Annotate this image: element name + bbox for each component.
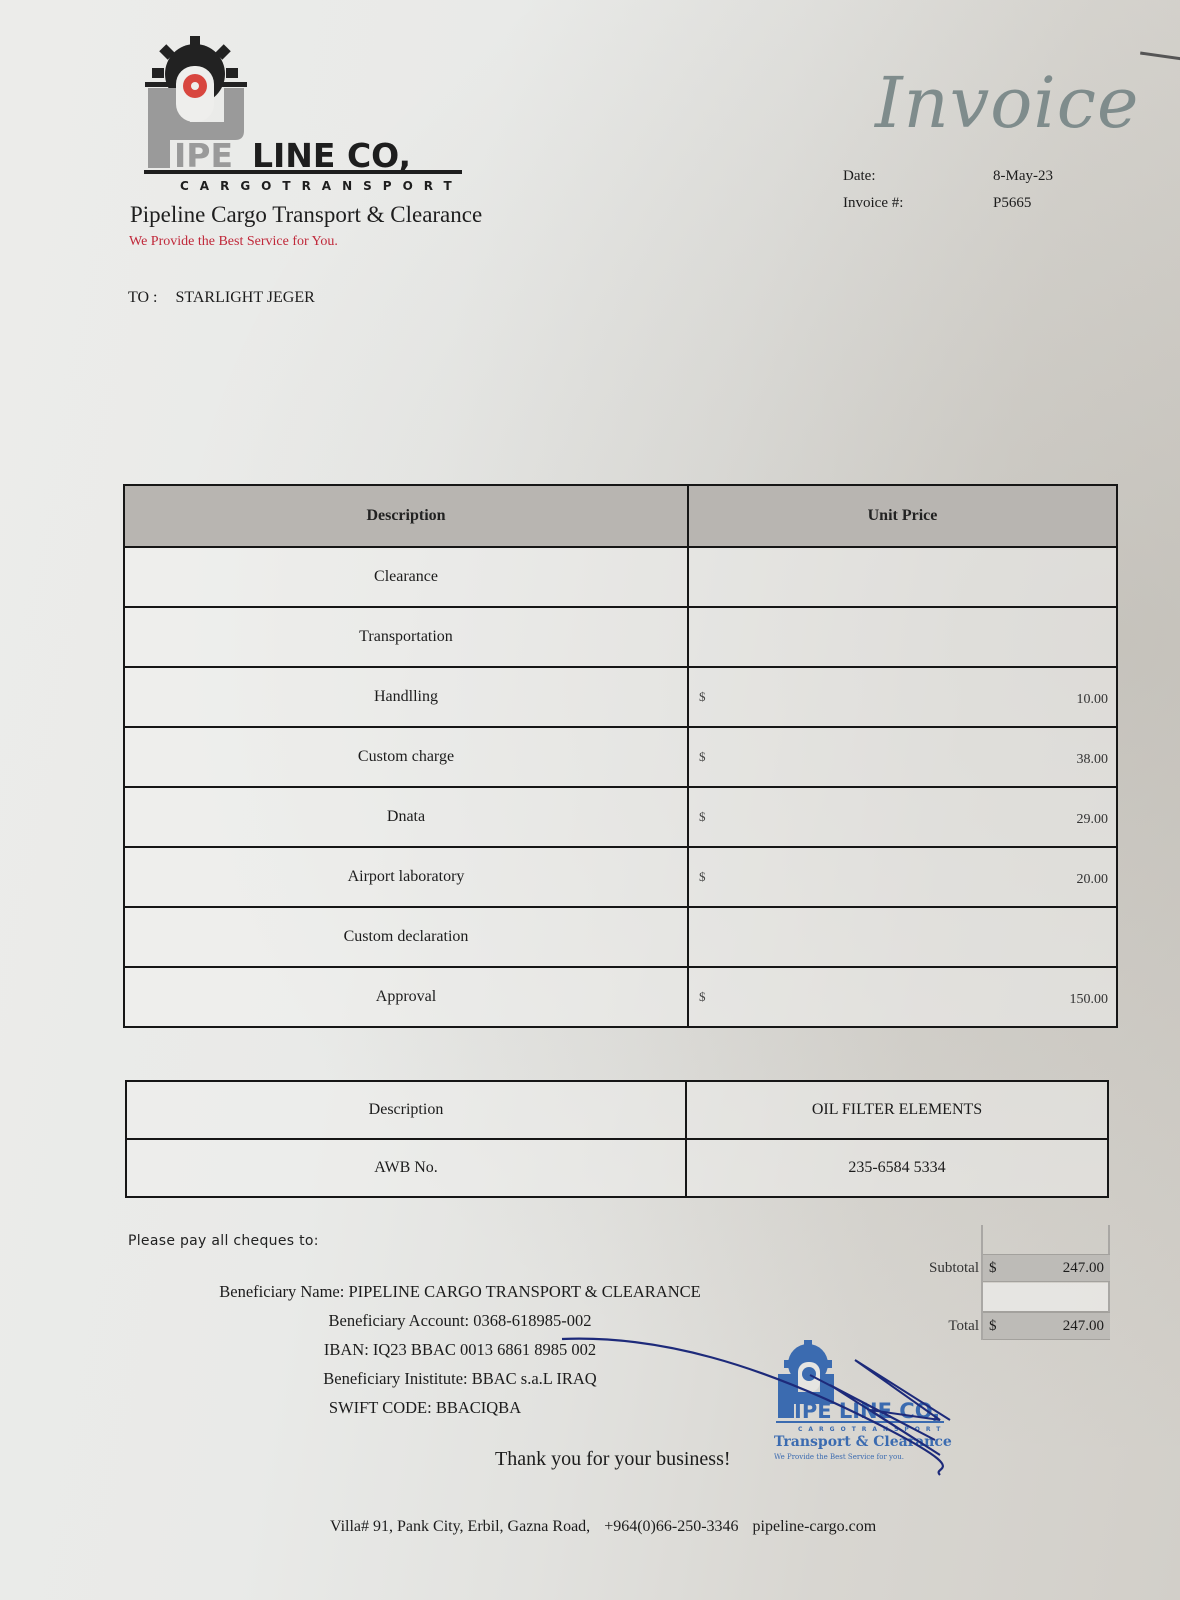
charge-unit-price: $150.00 xyxy=(688,967,1117,1027)
subtotal-cell: $ 247.00 xyxy=(983,1254,1110,1282)
invoice-number-row: Invoice #: P5665 xyxy=(843,195,1053,222)
charge-description: Airport laboratory xyxy=(124,847,688,907)
charge-amount: 29.00 xyxy=(1077,812,1109,828)
table-row: Clearance xyxy=(124,547,1117,607)
charge-unit-price xyxy=(688,907,1117,967)
payment-heading: Please pay all cheques to: xyxy=(128,1233,319,1249)
footer-website[interactable]: pipeline-cargo.com xyxy=(753,1518,877,1535)
charge-unit-price: $10.00 xyxy=(688,667,1117,727)
charge-unit-price: $20.00 xyxy=(688,847,1117,907)
charge-amount: 150.00 xyxy=(1070,992,1109,1008)
footer-address: Villa# 91, Pank City, Erbil, Gazna Road, xyxy=(330,1518,590,1535)
charge-currency: $ xyxy=(699,809,706,825)
table-row: Custom declaration xyxy=(124,907,1117,967)
subtotal-value: 247.00 xyxy=(1063,1260,1104,1277)
charge-currency: $ xyxy=(699,689,706,705)
charge-amount: 38.00 xyxy=(1077,752,1109,768)
date-value: 8-May-23 xyxy=(993,168,1053,195)
total-currency: $ xyxy=(989,1318,997,1335)
footer-phone: +964(0)66-250-3346 xyxy=(604,1518,738,1535)
total-value: 247.00 xyxy=(1063,1318,1104,1335)
footer: Villa# 91, Pank City, Erbil, Gazna Road,… xyxy=(330,1518,886,1536)
charge-description: Clearance xyxy=(124,547,688,607)
recipient-label: TO : xyxy=(128,289,157,306)
subtotal-label: Subtotal xyxy=(905,1260,983,1277)
company-tagline: We Provide the Best Service for You. xyxy=(129,234,338,250)
table-row: Airport laboratory$20.00 xyxy=(124,847,1117,907)
header-unit-price: Unit Price xyxy=(688,485,1117,547)
company-logo: IPE LINE CO, CARGOTRANSPORT xyxy=(140,36,480,196)
table-row: Description OIL FILTER ELEMENTS xyxy=(126,1081,1108,1139)
recipient-name: STARLIGHT JEGER xyxy=(175,289,314,306)
charge-unit-price: $29.00 xyxy=(688,787,1117,847)
charge-description: Custom charge xyxy=(124,727,688,787)
date-row: Date: 8-May-23 xyxy=(843,168,1053,195)
shipment-table: Description OIL FILTER ELEMENTS AWB No. … xyxy=(125,1080,1109,1198)
charge-description: Custom declaration xyxy=(124,907,688,967)
charges-header-row: Description Unit Price xyxy=(124,485,1117,547)
company-name: Pipeline Cargo Transport & Clearance xyxy=(130,202,482,228)
shipment-description-label: Description xyxy=(126,1081,686,1139)
table-row: Dnata$29.00 xyxy=(124,787,1117,847)
charge-amount: 10.00 xyxy=(1077,692,1109,708)
charge-description: Transportation xyxy=(124,607,688,667)
date-label: Date: xyxy=(843,168,993,195)
subtotal-currency: $ xyxy=(989,1260,997,1277)
recipient: TO : STARLIGHT JEGER xyxy=(128,289,315,307)
signature xyxy=(540,1325,980,1495)
charges-table: Description Unit Price ClearanceTranspor… xyxy=(123,484,1118,1028)
invoice-number-value: P5665 xyxy=(993,195,1031,222)
table-row: Transportation xyxy=(124,607,1117,667)
awb-value: 235-6584 5334 xyxy=(686,1139,1108,1197)
invoice-number-label: Invoice #: xyxy=(843,195,993,222)
subtotal-row: Subtotal $ 247.00 xyxy=(905,1255,1110,1281)
total-cell: $ 247.00 xyxy=(983,1312,1110,1340)
charge-currency: $ xyxy=(699,869,706,885)
charge-unit-price xyxy=(688,547,1117,607)
charge-unit-price xyxy=(688,607,1117,667)
charge-description: Handlling xyxy=(124,667,688,727)
table-row: Custom charge$38.00 xyxy=(124,727,1117,787)
charge-description: Dnata xyxy=(124,787,688,847)
header-description: Description xyxy=(124,485,688,547)
beneficiary-name: Beneficiary Name: PIPELINE CARGO TRANSPO… xyxy=(150,1282,770,1311)
logo-ipe: IPE xyxy=(174,136,233,175)
charge-currency: $ xyxy=(699,989,706,1005)
charge-amount: 20.00 xyxy=(1077,872,1109,888)
charge-unit-price: $38.00 xyxy=(688,727,1117,787)
paper-edge-mark xyxy=(1140,52,1180,62)
awb-label: AWB No. xyxy=(126,1139,686,1197)
svg-text:LINE CO,: LINE CO, xyxy=(252,136,411,175)
invoice-meta: Date: 8-May-23 Invoice #: P5665 xyxy=(843,168,1053,222)
charge-description: Approval xyxy=(124,967,688,1027)
charge-currency: $ xyxy=(699,749,706,765)
table-row: Handlling$10.00 xyxy=(124,667,1117,727)
invoice-title: Invoice xyxy=(875,62,1139,144)
table-row: Approval$150.00 xyxy=(124,967,1117,1027)
shipment-description-value: OIL FILTER ELEMENTS xyxy=(686,1081,1108,1139)
svg-text:CARGOTRANSPORT: CARGOTRANSPORT xyxy=(180,179,463,193)
totals-blank-cell xyxy=(983,1283,1108,1312)
table-row: AWB No. 235-6584 5334 xyxy=(126,1139,1108,1197)
